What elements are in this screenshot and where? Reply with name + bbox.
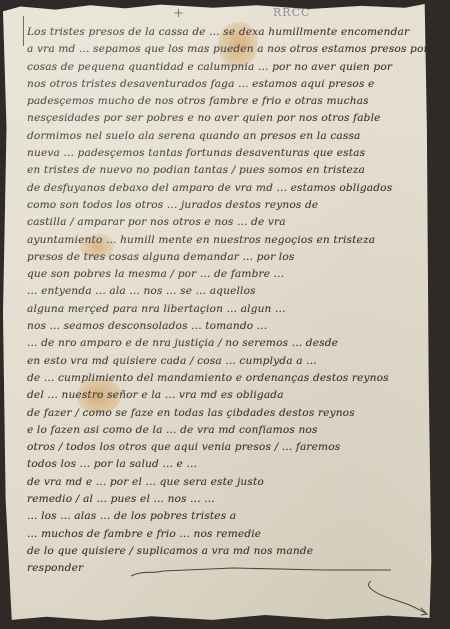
text-line: dormimos nel suelo ala serena quando an … <box>27 128 443 145</box>
text-line: de fazer / como se faze en todas las çib… <box>27 405 443 422</box>
text-line: Los tristes presos de la cassa de ... se… <box>27 24 443 41</box>
text-line: de lo que quisiere / suplicamos a vra md… <box>27 543 443 560</box>
manuscript-text: Los tristes presos de la cassa de ... se… <box>27 24 443 578</box>
archive-reference-mark: RRCC <box>273 6 310 19</box>
text-line: de ... cumplimiento del mandamiento e or… <box>27 370 443 387</box>
text-line: nos ... seamos desconsolados ... tomando… <box>27 318 443 335</box>
text-line: padesçemos mucho de nos otros fambre e f… <box>27 93 443 110</box>
document-scan: + RRCC Los tristes presos de la cassa de… <box>0 0 450 629</box>
text-line: ... los ... alas ... de los pobres trist… <box>27 508 443 525</box>
text-line: castilla / amparar por nos otros e nos .… <box>27 214 443 231</box>
text-line: nos otros tristes desaventurados faga ..… <box>27 76 443 93</box>
text-line: e lo fazen asi como de la ... de vra md … <box>27 422 443 439</box>
text-line: de vra md e ... por el ... que sera este… <box>27 474 443 491</box>
text-line: ... de nro amparo e de nra justiçia / no… <box>27 335 443 352</box>
text-line: en tristes de nuevo no podian tantas / p… <box>27 162 443 179</box>
text-line: otros / todos los otros que aqui venia p… <box>27 439 443 456</box>
text-line: responder <box>27 560 443 577</box>
text-line: del ... nuestro señor e la ... vra md es… <box>27 387 443 404</box>
text-line: nesçesidades por ser pobres e no aver qu… <box>27 110 443 127</box>
text-line: alguna merçed para nra libertaçion ... a… <box>27 301 443 318</box>
text-line: a vra md ... sepamos que los mas pueden … <box>27 41 443 58</box>
text-line: ... muchos de fambre e frio ... nos reme… <box>27 526 443 543</box>
text-line: ayuntamiento ... humill mente en nuestro… <box>27 232 443 249</box>
text-line: que son pobres la mesma / por ... de fam… <box>27 266 443 283</box>
text-line: cosas de pequena quantidad e calumpnia .… <box>27 59 443 76</box>
margin-stroke <box>23 16 24 46</box>
manuscript-sheet: + RRCC Los tristes presos de la cassa de… <box>3 4 440 623</box>
text-line: de desfuyanos debaxo del amparo de vra m… <box>27 180 443 197</box>
text-line: presos de tres cosas alguna demandar ...… <box>27 249 443 266</box>
text-line: nueva ... padesçemos tantas fortunas des… <box>27 145 443 162</box>
text-line: en esto vra md quisiere cada / cosa ... … <box>27 353 443 370</box>
text-line: todos los ... por la salud ... e ... <box>27 456 443 473</box>
text-line: como son todos los otros ... jurados des… <box>27 197 443 214</box>
text-line: ... entyenda ... ala ... nos ... se ... … <box>27 283 443 300</box>
text-line: remedio / al ... pues el ... nos ... ... <box>27 491 443 508</box>
cross-mark: + <box>173 6 184 21</box>
